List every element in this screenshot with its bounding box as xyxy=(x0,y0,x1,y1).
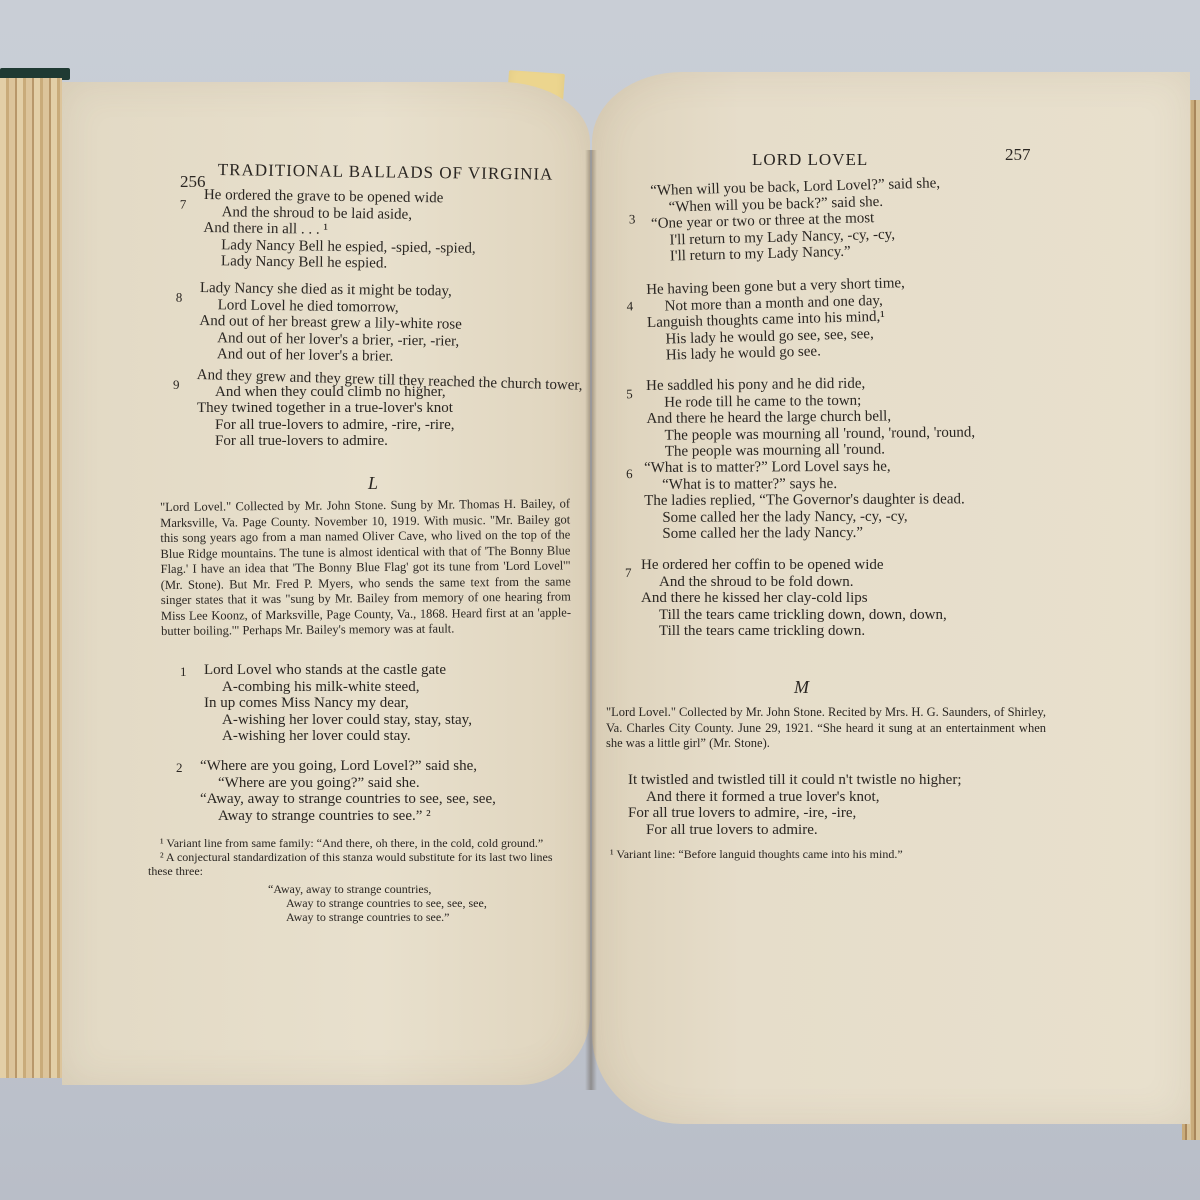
stanza-1-L: 1 Lord Lovel who stands at the castle ga… xyxy=(204,662,472,745)
verse-line: The people was mourning all 'round, 'rou… xyxy=(647,424,976,444)
verse-line: Some called her the lady Nancy, -cy, -cy… xyxy=(644,508,965,526)
section-L-note: "Lord Lovel." Collected by Mr. John Ston… xyxy=(160,496,571,639)
verse-line: Till the tears came trickling down. xyxy=(641,623,947,640)
verse-line: Away to strange countries to see.” ² xyxy=(200,808,496,825)
verse-line: For all true lovers to admire, -ire, -ir… xyxy=(628,805,962,822)
stanza-number: 7 xyxy=(180,197,187,214)
stanza-number: 6 xyxy=(626,466,633,483)
right-running-head: LORD LOVEL xyxy=(752,150,868,170)
stanza-number: 9 xyxy=(173,377,180,394)
stanza-9-left: 9 And they grew and they grew till they … xyxy=(197,367,583,450)
footnote-quote-line: “Away, away to strange countries, xyxy=(148,882,553,896)
right-page-number: 257 xyxy=(1005,145,1031,165)
verse-line: For all true-lovers to admire, -rire, -r… xyxy=(197,417,583,434)
stanza-number: 7 xyxy=(625,565,632,582)
verse-line: A-wishing her lover could stay. xyxy=(204,728,472,745)
footnote-1: ¹ Variant line from same family: “And th… xyxy=(148,836,553,850)
verse-line: The people was mourning all 'round. xyxy=(647,441,976,461)
stanza-number: 1 xyxy=(180,664,187,681)
verse-line: He ordered her coffin to be opened wide xyxy=(641,557,947,574)
verse-line: For all true lovers to admire. xyxy=(628,822,962,839)
verse-line: “Away, away to strange countries to see,… xyxy=(200,791,496,808)
stanza-number: 8 xyxy=(176,290,183,307)
left-page-number: 256 xyxy=(180,172,206,192)
stanza-number: 2 xyxy=(176,760,183,777)
stanza-number: 4 xyxy=(626,298,633,315)
stanza-M: It twistled and twistled till it could n… xyxy=(628,772,962,838)
verse-line: Lord Lovel who stands at the castle gate xyxy=(204,662,472,679)
verse-line: They twined together in a true-lover's k… xyxy=(197,400,583,417)
footnote-2: ² A conjectural standardization of this … xyxy=(148,850,553,864)
verse-line: In up comes Miss Nancy my dear, xyxy=(204,695,472,712)
stanza-6-right: 6 “What is to matter?” Lord Lovel says h… xyxy=(644,458,965,542)
section-letter-L: L xyxy=(368,473,378,494)
footnote-1: ¹ Variant line: “Before languid thoughts… xyxy=(610,847,903,861)
stanza-7-left: 7 He ordered the grave to be opened wide… xyxy=(203,187,477,273)
verse-line: “Where are you going?” said she. xyxy=(200,775,496,792)
left-footnotes: ¹ Variant line from same family: “And th… xyxy=(148,836,553,924)
section-letter-M: M xyxy=(794,677,809,698)
verse-line: “Where are you going, Lord Lovel?” said … xyxy=(200,758,496,775)
verse-line: Some called her the lady Nancy.” xyxy=(644,524,965,542)
verse-line: It twistled and twistled till it could n… xyxy=(628,772,962,789)
footnote-quote-line: Away to strange countries to see, see, s… xyxy=(148,896,553,910)
footnote-2-continued: these three: xyxy=(148,864,553,878)
verse-line: And the shroud to be fold down. xyxy=(641,574,947,591)
section-M-note: "Lord Lovel." Collected by Mr. John Ston… xyxy=(606,705,1046,752)
verse-line: And there it formed a true lover's knot, xyxy=(628,789,962,806)
stanza-2-L: 2 “Where are you going, Lord Lovel?” sai… xyxy=(200,758,496,824)
stanza-4-right: 4 He having been gone but a very short t… xyxy=(646,275,907,364)
stanza-8-left: 8 Lady Nancy she died as it might be tod… xyxy=(199,280,463,366)
verse-line: Till the tears came trickling down, down… xyxy=(641,607,947,624)
verse-line: And there he kissed her clay-cold lips xyxy=(641,590,947,607)
book-gutter xyxy=(585,150,597,1090)
footnote-quote-line: Away to strange countries to see.” xyxy=(148,910,553,924)
verse-line: “What is to matter?” says he. xyxy=(644,475,965,493)
verse-line: For all true-lovers to admire. xyxy=(197,433,583,450)
verse-line: “What is to matter?” Lord Lovel says he, xyxy=(644,458,965,476)
verse-line: A-combing his milk-white steed, xyxy=(204,679,472,696)
stanza-5-right: 5 He saddled his pony and he did ride, H… xyxy=(646,375,975,461)
stanza-3-right: 3 “When will you be back, Lord Lovel?” s… xyxy=(650,175,942,265)
page-block-edge-left xyxy=(0,78,62,1078)
stanza-7-right: 7 He ordered her coffin to be opened wid… xyxy=(641,557,947,640)
stanza-number: 5 xyxy=(626,386,633,403)
verse-line: A-wishing her lover could stay, stay, st… xyxy=(204,712,472,729)
stanza-number: 3 xyxy=(629,211,636,228)
right-footnote: ¹ Variant line: “Before languid thoughts… xyxy=(610,847,903,861)
verse-line: The ladies replied, “The Governor's daug… xyxy=(644,491,965,509)
